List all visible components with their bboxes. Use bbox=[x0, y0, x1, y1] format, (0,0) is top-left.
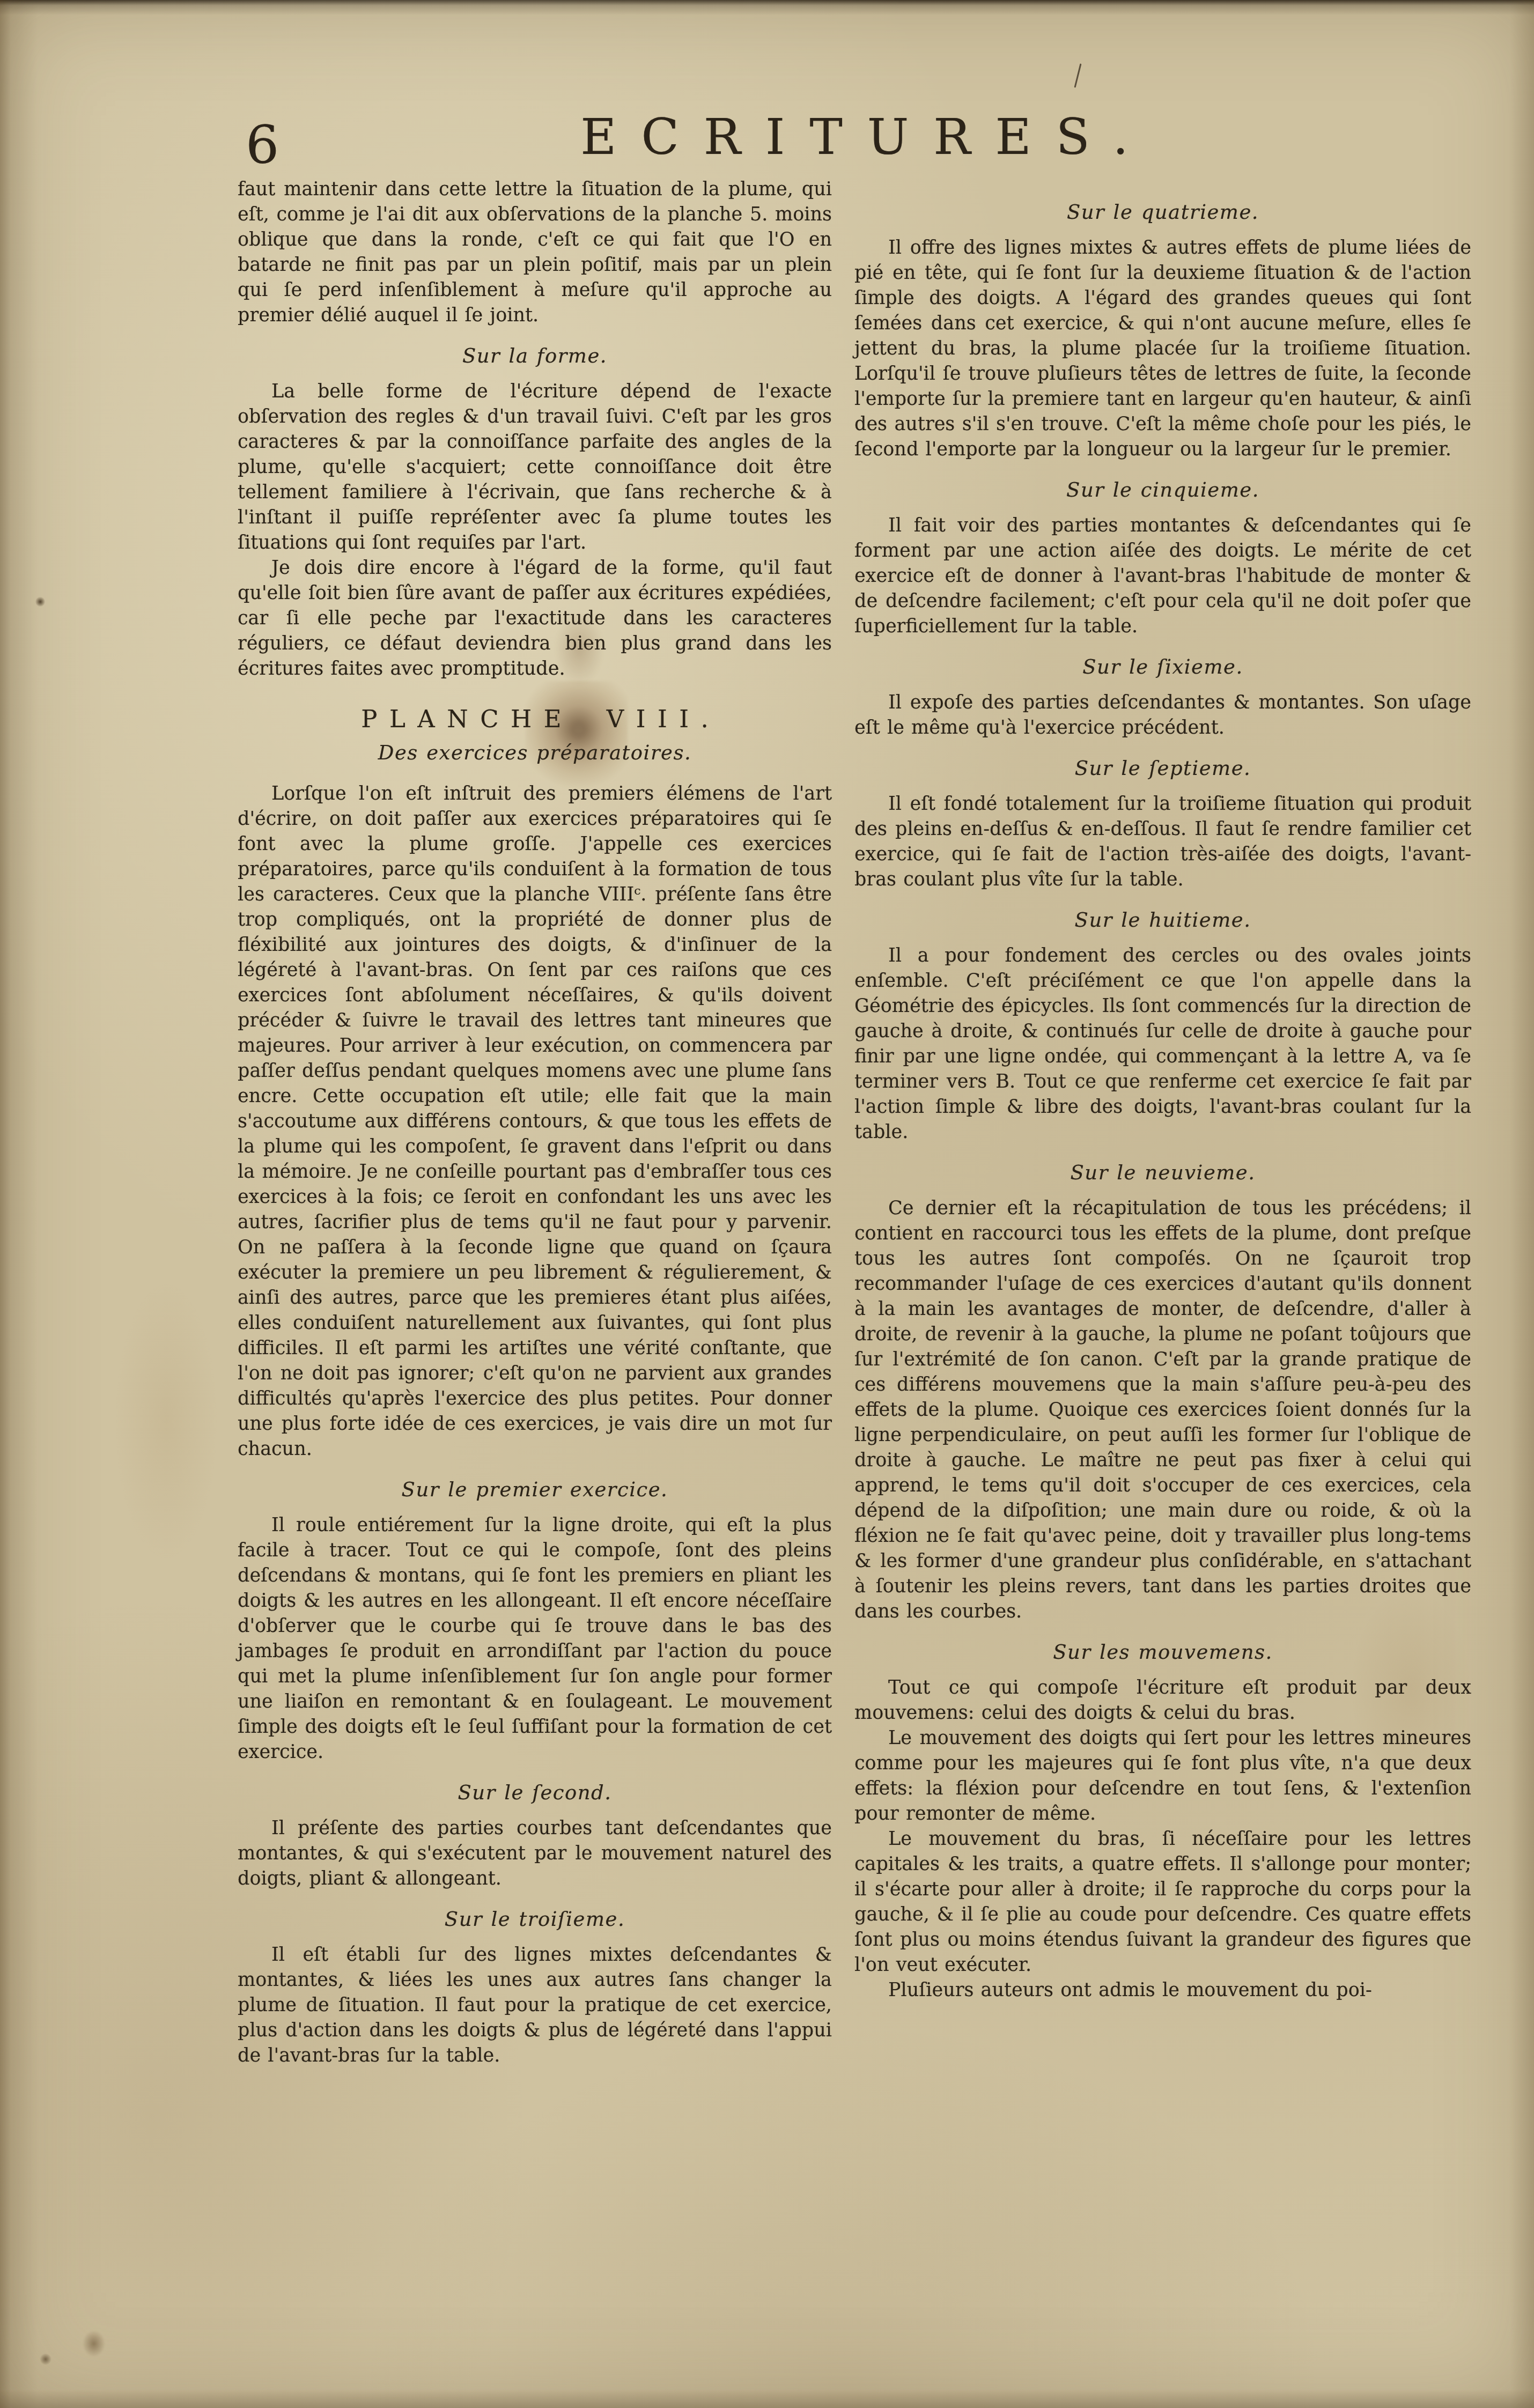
paragraph: Il fait voir des parties montantes & deſ… bbox=[854, 513, 1471, 639]
right-column: Sur le quatrieme. Il offre des lignes mi… bbox=[854, 177, 1471, 2003]
section-heading: Sur les mouvemens. bbox=[854, 1639, 1471, 1665]
paragraph: Il expoſe des parties deſcendantes & mon… bbox=[854, 690, 1471, 741]
section-heading: Sur le troiſieme. bbox=[238, 1907, 832, 1932]
section-subheading: Des exercices préparatoires. bbox=[238, 740, 832, 765]
section-heading: Sur le ſecond. bbox=[238, 1780, 832, 1805]
paragraph: Ce dernier eſt la récapitulation de tous… bbox=[854, 1196, 1471, 1624]
paragraph: Lorſque l'on eſt inſtruit des premiers é… bbox=[238, 781, 832, 1462]
paragraph: Il préſente des parties courbes tant deſ… bbox=[238, 1816, 832, 1892]
section-heading: Sur le huitieme. bbox=[854, 907, 1471, 933]
section-heading: Sur le ſixieme. bbox=[854, 654, 1471, 679]
paragraph: Le mouvement des doigts qui ſert pour le… bbox=[854, 1726, 1471, 1827]
paragraph: Il a pour fondement des cercles ou des o… bbox=[854, 943, 1471, 1145]
paragraph: Tout ce qui compoſe l'écriture eſt produ… bbox=[854, 1675, 1471, 1726]
paragraph: Il eſt établi ſur des lignes mixtes deſc… bbox=[238, 1942, 832, 2069]
section-heading: Sur le premier exercice. bbox=[238, 1477, 832, 1502]
running-head: ECRITURES. bbox=[238, 113, 1471, 162]
scanned-book-page: { "page": { "number": "6", "running_head… bbox=[0, 0, 1534, 2408]
paragraph-continuation: faut maintenir dans cette lettre la ſitu… bbox=[238, 177, 832, 328]
left-column: faut maintenir dans cette lettre la ſitu… bbox=[238, 177, 832, 2069]
section-heading: Sur le ſeptieme. bbox=[854, 756, 1471, 781]
section-heading: Sur le neuvieme. bbox=[854, 1160, 1471, 1185]
paragraph: Il roule entiérement ſur la ligne droite… bbox=[238, 1513, 832, 1765]
paragraph: Pluſieurs auteurs ont admis le mouvement… bbox=[854, 1978, 1471, 2003]
section-heading: Sur la forme. bbox=[238, 343, 832, 368]
paragraph: La belle forme de l'écriture dépend de l… bbox=[238, 379, 832, 556]
paragraph: Il offre des lignes mixtes & autres effe… bbox=[854, 235, 1471, 462]
paragraph: Il eſt fondé totalement ſur la troiſieme… bbox=[854, 792, 1471, 892]
section-heading: Sur le quatrieme. bbox=[854, 200, 1471, 225]
plate-heading: PLANCHE VIII. bbox=[238, 706, 832, 732]
section-heading: Sur le cinquieme. bbox=[854, 477, 1471, 503]
paragraph: Je dois dire encore à l'égard de la form… bbox=[238, 556, 832, 682]
paragraph: Le mouvement du bras, ſi néceſſaire pour… bbox=[854, 1827, 1471, 1978]
